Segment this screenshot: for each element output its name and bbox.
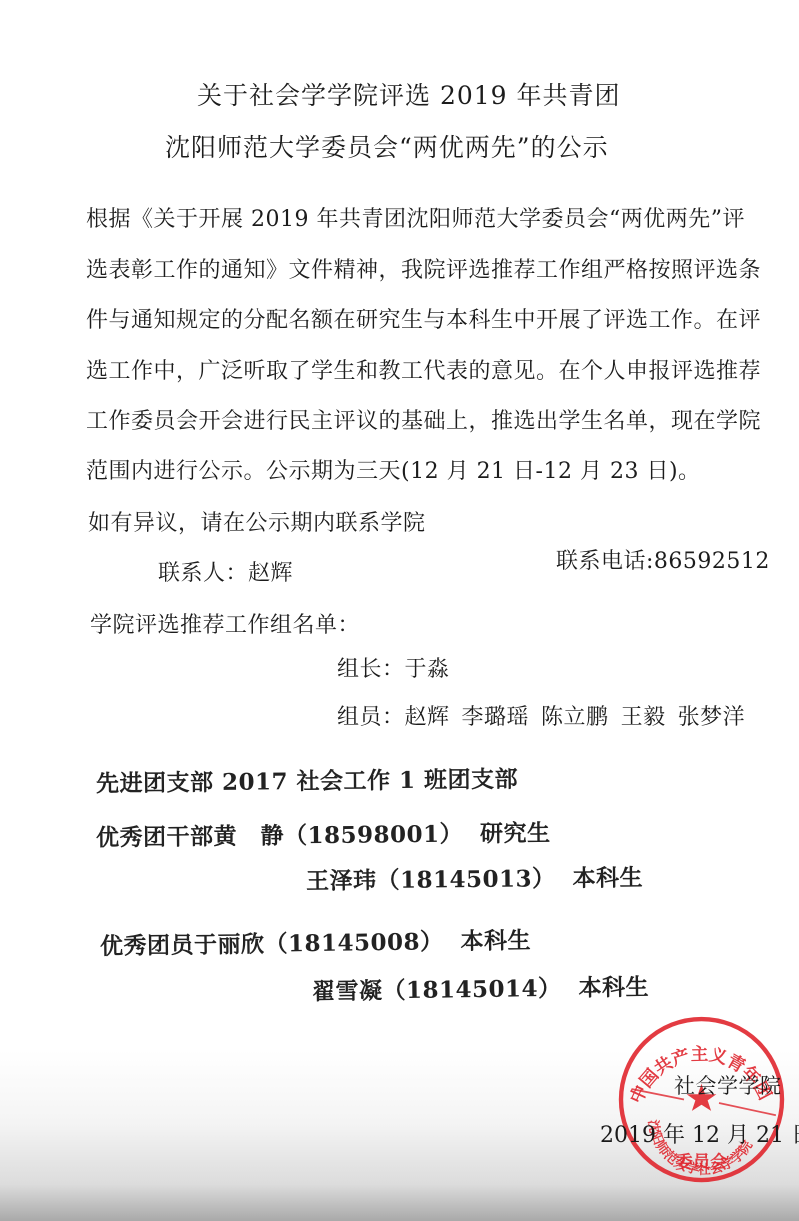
body-line-5: 工作委员会开会进行民主评议的基础上，推选出学生名单，现在学院: [86, 408, 761, 436]
committee-members-label: 组员：: [337, 705, 405, 730]
member-id: （18145014）: [382, 975, 561, 1004]
advanced-branch: 先进团支部 2017 社会工作 1 班团支部: [96, 766, 518, 798]
member-name: 翟雪凝: [312, 977, 383, 1005]
body-line-3: 件与通知规定的分配名额在研究生与本科生中开展了评选工作。在评: [86, 307, 761, 335]
signature-date: 2019 年 12 月 21 日: [600, 1122, 799, 1150]
document-page: 关于社会学学院评选 2019 年共青团 沈阳师范大学委员会“两优两先”的公示 根…: [0, 0, 799, 1221]
cadre-name: 王泽玮: [306, 867, 377, 895]
cadre-name: 黄 静: [213, 822, 284, 850]
committee-member: 陈立鹏: [541, 705, 609, 730]
stamp-center-text: 委员会: [675, 1152, 728, 1173]
cadre-level: 本科生: [572, 864, 643, 892]
contact-person: 联系人：赵辉: [158, 560, 293, 588]
title-line-1: 关于社会学学院评选 2019 年共青团: [197, 82, 621, 110]
body-line-6: 范围内进行公示。公示期为三天(12 月 21 日-12 月 23 日)。: [86, 458, 701, 486]
outstanding-cadre-label: 优秀团干部: [96, 823, 214, 851]
committee-member: 李璐瑶: [462, 705, 530, 730]
member-id: （18145008）: [264, 928, 443, 957]
outstanding-cadre-row-2: 王泽玮（18145013） 本科生: [306, 864, 643, 896]
outstanding-cadre-row-1: 优秀团干部黄 静（18598001） 研究生: [96, 820, 551, 853]
title-line-2: 沈阳师范大学委员会“两优两先”的公示: [165, 134, 609, 162]
committee-member: 赵辉: [405, 705, 450, 730]
cadre-id: （18145013）: [376, 865, 555, 894]
cadre-id: （18598001）: [284, 821, 463, 850]
outstanding-member-row-1: 优秀团员于丽欣（18145008） 本科生: [100, 927, 531, 961]
objection-line: 如有异议，请在公示期内联系学院: [88, 510, 426, 538]
body-line-4: 选工作中，广泛听取了学生和教工代表的意见。在个人申报评选推荐: [86, 358, 761, 386]
committee-member: 王毅: [621, 705, 666, 730]
committee-heading: 学院评选推荐工作组名单：: [90, 612, 360, 640]
committee-member: 张梦洋: [678, 705, 746, 730]
outstanding-member-label: 优秀团员: [100, 932, 194, 960]
committee-members-row: 组员：赵辉李璐瑶陈立鹏王毅张梦洋: [337, 704, 757, 732]
cadre-level: 研究生: [480, 820, 551, 848]
committee-leader: 组长：于淼: [337, 656, 450, 684]
member-level: 本科生: [578, 974, 649, 1002]
member-level: 本科生: [460, 927, 531, 955]
member-name: 于丽欣: [194, 931, 265, 959]
contact-phone: 联系电话:86592512: [556, 548, 770, 576]
body-line-2: 选表彰工作的通知》文件精神，我院评选推荐工作组严格按照评选条: [86, 257, 761, 285]
outstanding-member-row-2: 翟雪凝（18145014） 本科生: [312, 974, 649, 1007]
signature-org: 社会学学院: [674, 1072, 782, 1100]
body-line-1: 根据《关于开展 2019 年共青团沈阳师范大学委员会“两优两先”评: [86, 206, 745, 234]
